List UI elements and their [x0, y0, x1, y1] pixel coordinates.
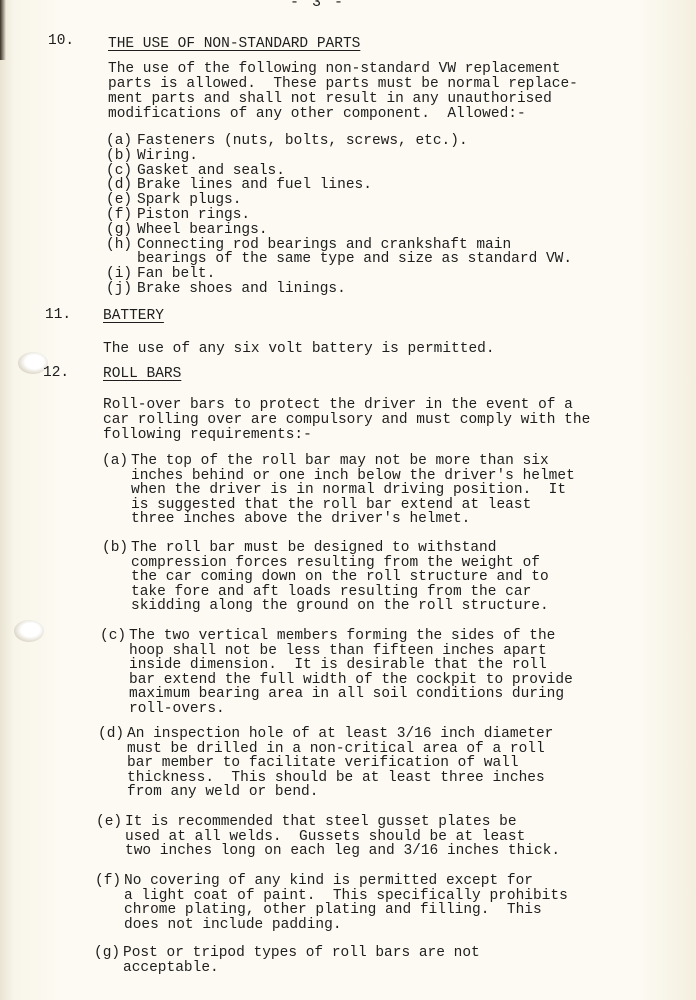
punch-hole-tear [14, 620, 44, 642]
requirement-text: The roll bar must be designed to withsta… [131, 541, 549, 614]
roll-bar-requirement: (c)The two vertical members forming the … [100, 629, 573, 717]
requirement-label: (d) [98, 727, 127, 800]
list-item: (i)Fan belt. [106, 267, 572, 282]
roll-bar-requirement: (a)The top of the roll bar may not be mo… [102, 454, 575, 527]
list-item: (g)Wheel bearings. [106, 223, 572, 238]
list-item-text: Gasket and seals. [137, 164, 285, 179]
list-item-text: Brake shoes and linings. [137, 282, 346, 297]
allowed-parts-list: (a)Fasteners (nuts, bolts, screws, etc.)… [106, 134, 572, 297]
list-item: (h)Connecting rod bearings and crankshaf… [106, 238, 572, 268]
requirement-text: The two vertical members forming the sid… [129, 629, 573, 717]
list-item-label: (j) [106, 282, 137, 297]
roll-bar-requirement: (g)Post or tripod types of roll bars are… [94, 946, 480, 975]
section-number: 11. [45, 307, 71, 323]
section-intro: The use of any six volt battery is permi… [103, 342, 495, 357]
list-item-label: (h) [106, 238, 137, 268]
list-item-text: Piston rings. [137, 208, 250, 223]
section-title: THE USE OF NON-STANDARD PARTS [108, 36, 360, 52]
list-item-label: (b) [106, 149, 137, 164]
list-item: (a)Fasteners (nuts, bolts, screws, etc.)… [106, 134, 572, 149]
list-item-label: (i) [106, 267, 137, 282]
document-page: - 3 - 10. THE USE OF NON-STANDARD PARTS … [0, 0, 696, 1000]
section-number: 10. [48, 33, 74, 49]
list-item-text: Connecting rod bearings and crankshaft m… [137, 238, 572, 268]
list-item-label: (a) [106, 134, 137, 149]
list-item-label: (c) [106, 164, 137, 179]
list-item-text: Wiring. [137, 149, 198, 164]
section-number: 12. [43, 365, 69, 381]
list-item-text: Spark plugs. [137, 193, 241, 208]
list-item-text: Fan belt. [137, 267, 215, 282]
list-item-label: (e) [106, 193, 137, 208]
requirement-label: (e) [96, 815, 125, 859]
requirement-text: No covering of any kind is permitted exc… [124, 874, 568, 932]
page-edge-shadow [0, 0, 6, 60]
roll-bar-requirement: (d)An inspection hole of at least 3/16 i… [98, 727, 553, 800]
list-item-label: (f) [106, 208, 137, 223]
list-item-text: Wheel bearings. [137, 223, 268, 238]
requirement-label: (c) [100, 629, 129, 717]
list-item: (e)Spark plugs. [106, 193, 572, 208]
roll-bar-requirement: (f)No covering of any kind is permitted … [95, 874, 568, 932]
section-intro: The use of the following non-standard VW… [108, 62, 578, 122]
page-number: - 3 - [290, 0, 345, 11]
list-item: (d)Brake lines and fuel lines. [106, 178, 572, 193]
list-item-label: (d) [106, 178, 137, 193]
section-title: BATTERY [103, 308, 164, 324]
list-item-text: Fasteners (nuts, bolts, screws, etc.). [137, 134, 468, 149]
section-title: ROLL BARS [103, 366, 181, 382]
list-item: (b)Wiring. [106, 149, 572, 164]
roll-bar-requirement: (b)The roll bar must be designed to with… [102, 541, 549, 614]
list-item-text: Brake lines and fuel lines. [137, 178, 372, 193]
requirement-label: (f) [95, 874, 124, 932]
requirement-text: Post or tripod types of roll bars are no… [123, 946, 480, 975]
roll-bar-requirement: (e)It is recommended that steel gusset p… [96, 815, 560, 859]
requirement-text: The top of the roll bar may not be more … [131, 454, 575, 527]
section-intro: Roll-over bars to protect the driver in … [103, 398, 590, 443]
requirement-label: (b) [102, 541, 131, 614]
requirement-label: (g) [94, 946, 123, 975]
list-item: (c)Gasket and seals. [106, 164, 572, 179]
list-item: (f)Piston rings. [106, 208, 572, 223]
requirement-text: It is recommended that steel gusset plat… [125, 815, 560, 859]
list-item: (j)Brake shoes and linings. [106, 282, 572, 297]
requirement-text: An inspection hole of at least 3/16 inch… [127, 727, 553, 800]
requirement-label: (a) [102, 454, 131, 527]
list-item-label: (g) [106, 223, 137, 238]
